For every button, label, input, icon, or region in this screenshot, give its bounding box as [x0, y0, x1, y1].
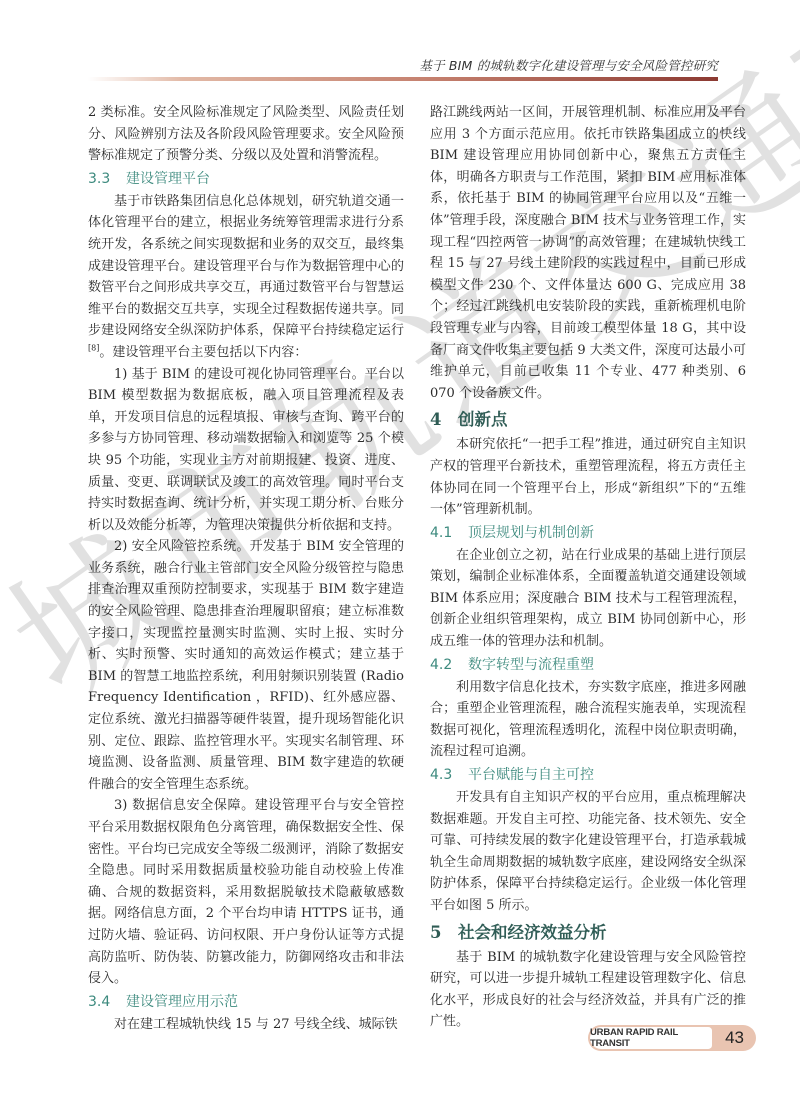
section-number: 4.1: [430, 522, 468, 544]
section-title: 建设管理应用示范: [126, 994, 238, 1010]
section-number: 3.4: [88, 991, 126, 1013]
section-title: 平台赋能与自主可控: [468, 767, 594, 783]
list-item-2: 2) 安全风险管控系统。开发基于 BIM 安全管理的业务系统，融合行业主管部门安…: [88, 536, 404, 795]
footer-journal-box: URBAN RAPID RAIL TRANSIT: [590, 1027, 712, 1049]
section-heading-4: 4创新点: [430, 407, 746, 433]
section-title: 社会和经济效益分析: [458, 923, 607, 942]
paragraph: 基于市铁路集团信息化总体规划，研究轨道交通一体化管理平台的建立，根据业务统筹管理…: [88, 191, 404, 364]
section-heading-4-3: 4.3平台赋能与自主可控: [430, 764, 746, 786]
page-number: 43: [725, 1028, 744, 1048]
section-heading-3-4: 3.4建设管理应用示范: [88, 991, 404, 1013]
section-number: 5: [430, 920, 458, 946]
section-title: 建设管理平台: [126, 171, 210, 187]
right-column: 路江跳线两站一区间，开展管理机制、标准应用及平台应用 3 个方面示范应用。依托市…: [430, 102, 746, 1033]
list-item-3: 3) 数据信息安全保障。建设管理平台与安全管控平台采用数据权限角色分离管理，确保…: [88, 795, 404, 989]
section-heading-4-2: 4.2数字转型与流程重塑: [430, 654, 746, 676]
section-title: 创新点: [458, 410, 508, 429]
list-item-1: 1) 基于 BIM 的建设可视化协同管理平台。平台以 BIM 模型数据为数据底板…: [88, 364, 404, 537]
section-heading-5: 5社会和经济效益分析: [430, 920, 746, 946]
section-number: 3.3: [88, 168, 126, 190]
paragraph: 2 类标准。安全风险标准规定了风险类型、风险责任划分、风险辨别方法及各阶段风险管…: [88, 102, 404, 167]
paragraph: 本研究依托“一把手工程”推进，通过研究自主知识产权的管理平台新技术，重塑管理流程…: [430, 434, 746, 520]
section-number: 4.2: [430, 654, 468, 676]
paragraph: 对在建工程城轨快线 15 与 27 号线全线、城际铁: [88, 1014, 404, 1036]
paragraph: 在企业创立之初，站在行业成果的基础上进行顶层策划，编制企业标准体系，全面覆盖轨道…: [430, 545, 746, 653]
paragraph: 利用数字信息化技术，夯实数字底座，推进多网融合；重塑企业管理流程，融合流程实施表…: [430, 677, 746, 763]
section-title: 数字转型与流程重塑: [468, 657, 594, 673]
footer-badge: URBAN RAPID RAIL TRANSIT 43: [588, 1025, 756, 1051]
citation-ref[interactable]: [8]: [88, 344, 99, 353]
journal-name: URBAN RAPID RAIL TRANSIT: [590, 1027, 712, 1049]
paragraph: 基于 BIM 的城轨数字化建设管理与安全风险管控研究，可以进一步提升城轨工程建设…: [430, 947, 746, 1033]
running-title: 基于 BIM 的城轨数字化建设管理与安全风险管控研究: [419, 56, 718, 74]
header-rule: [88, 77, 718, 81]
section-heading-4-1: 4.1顶层规划与机制创新: [430, 522, 746, 544]
paragraph: 路江跳线两站一区间，开展管理机制、标准应用及平台应用 3 个方面示范应用。依托市…: [430, 102, 746, 404]
section-number: 4.3: [430, 764, 468, 786]
section-heading-3-3: 3.3建设管理平台: [88, 168, 404, 190]
left-column: 2 类标准。安全风险标准规定了风险类型、风险责任划分、风险辨别方法及各阶段风险管…: [88, 102, 404, 1035]
section-title: 顶层规划与机制创新: [468, 525, 594, 541]
section-number: 4: [430, 407, 458, 433]
paragraph: 开发具有自主知识产权的平台应用，重点梳理解决数据难题。开发自主可控、功能完备、技…: [430, 787, 746, 917]
